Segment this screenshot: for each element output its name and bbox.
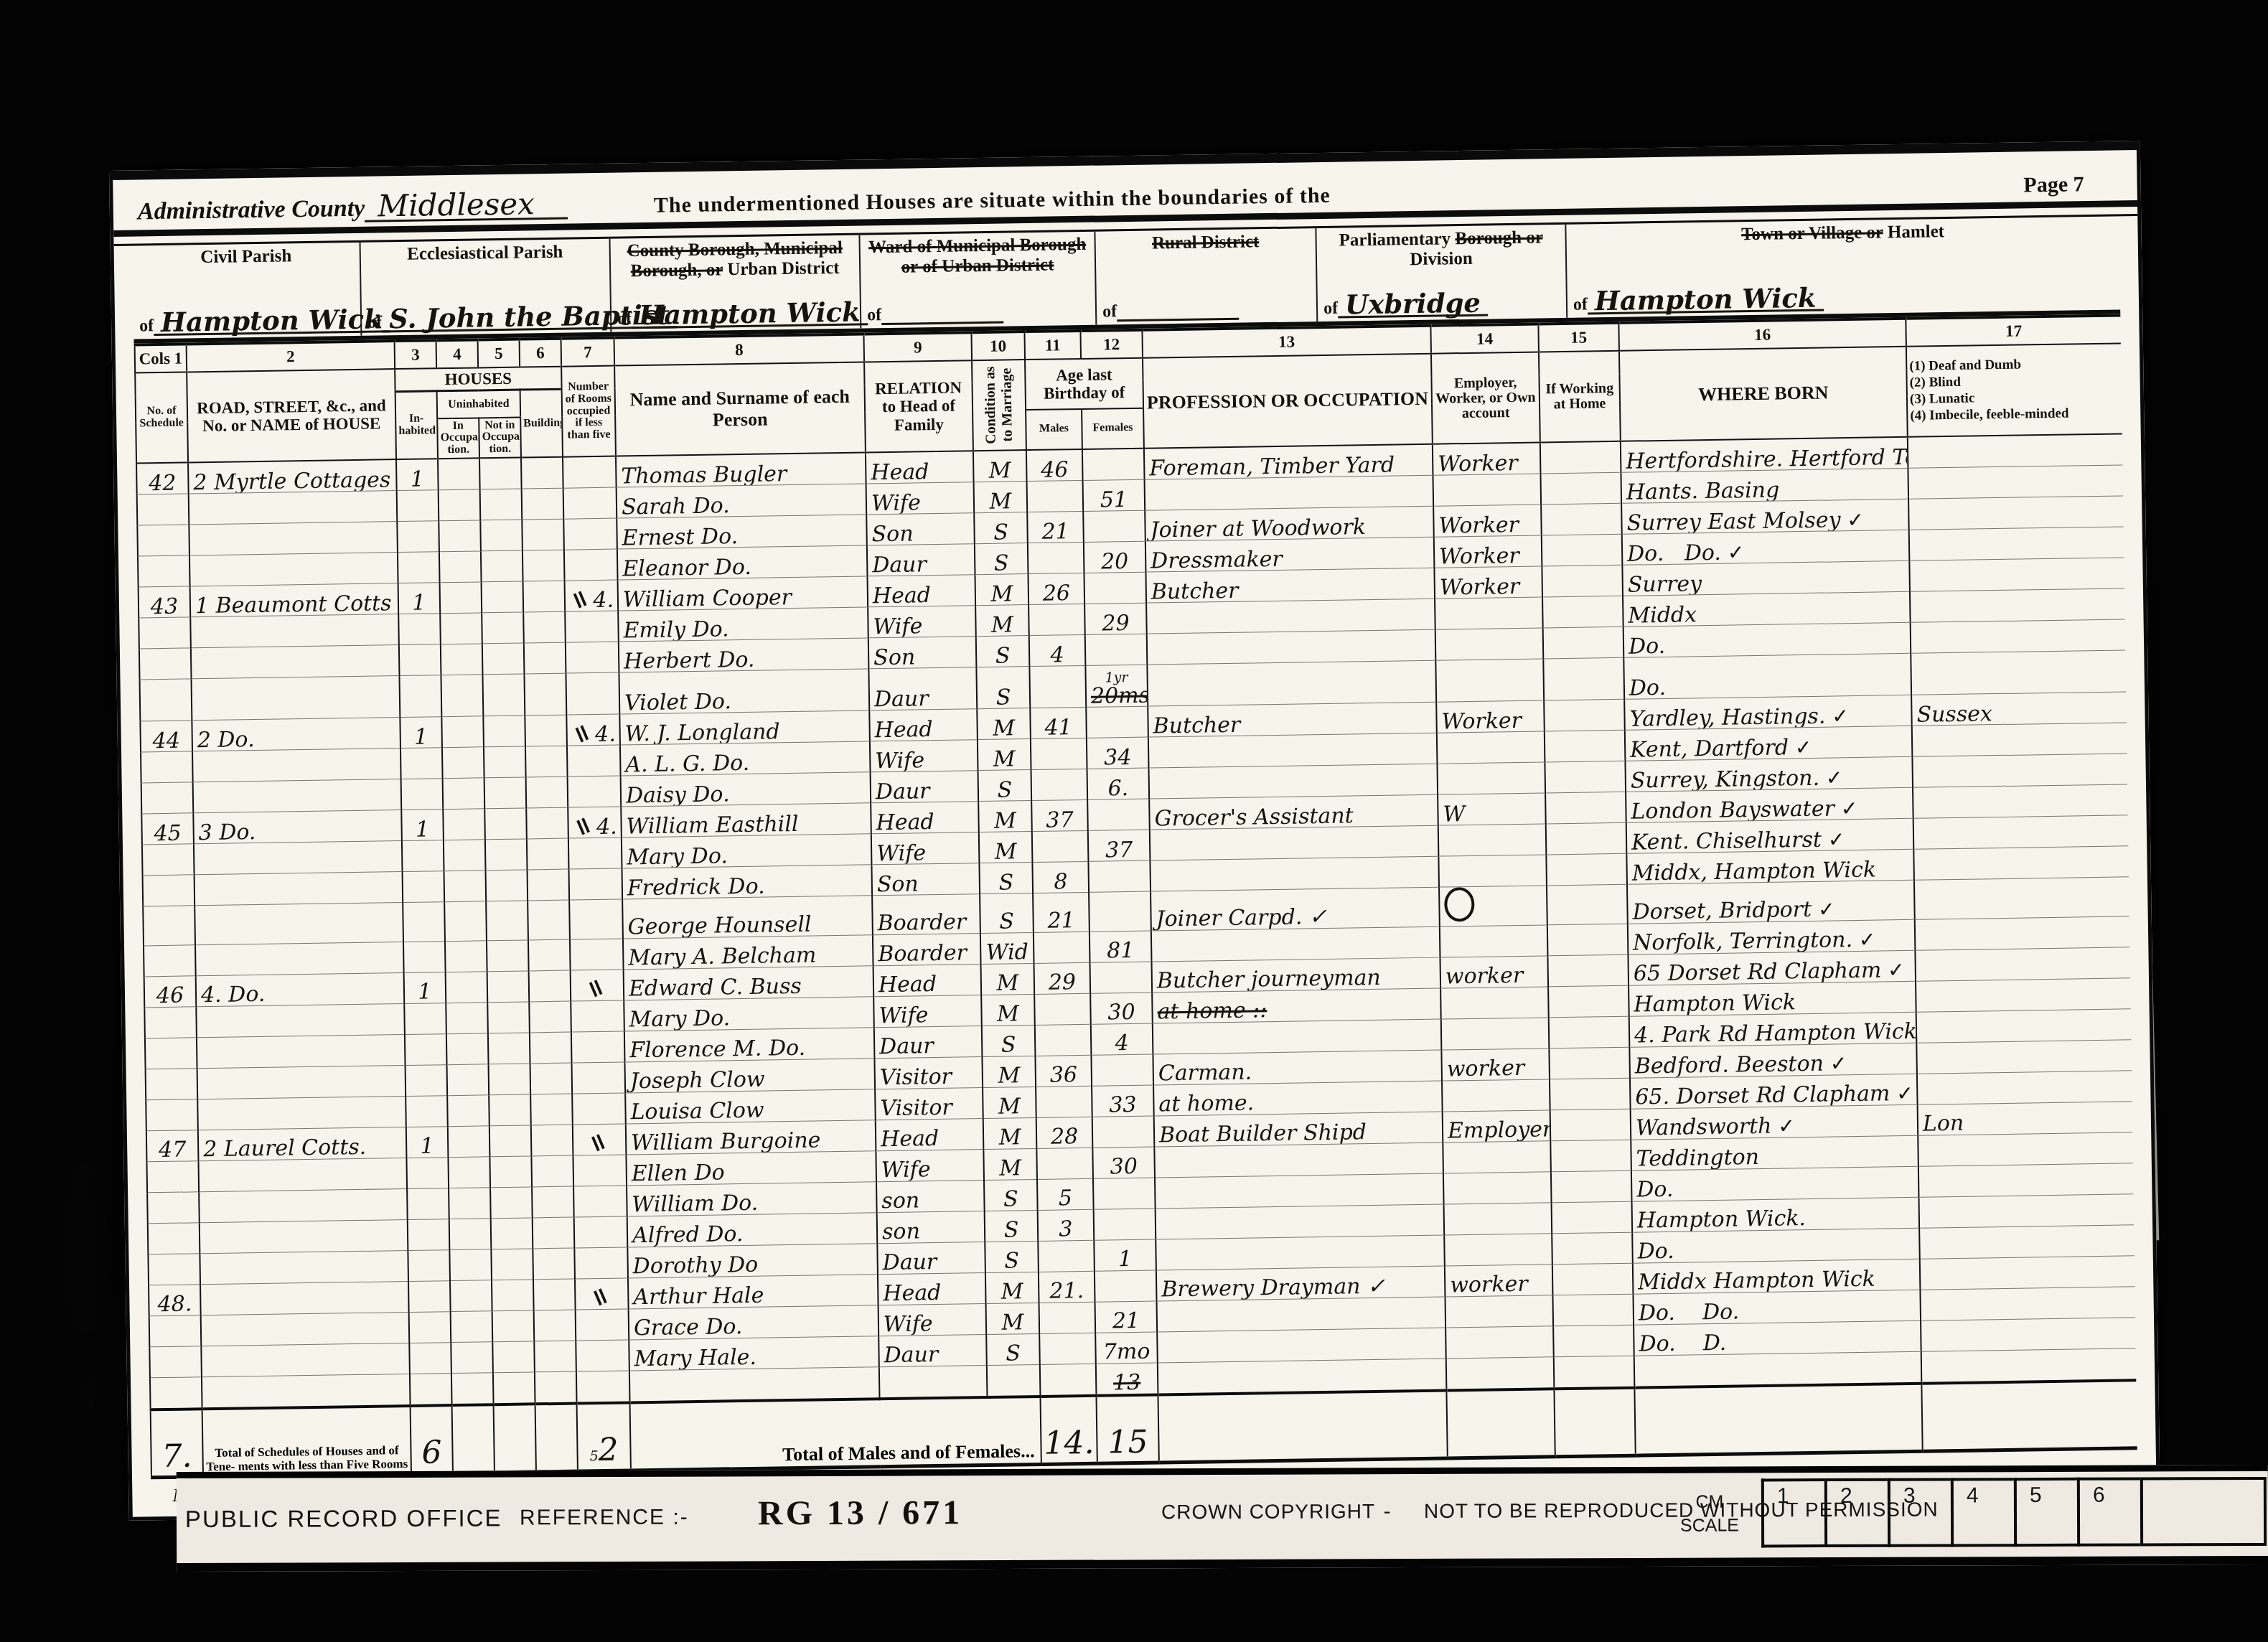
header-in-occupation: In Occupa-tion. [437, 418, 479, 459]
cell-uninhabited-in-occupation [441, 716, 484, 748]
cell-employer: Worker [1433, 505, 1542, 537]
cell-age-male [1032, 830, 1089, 862]
cell-rooms [574, 1216, 628, 1247]
cell-rooms: =4. [566, 714, 620, 746]
cell-relation: Visitor [875, 1087, 983, 1120]
header-males: Males [1026, 409, 1082, 451]
cell-schedule-number [148, 1253, 200, 1285]
cell-uninhabited-not-occupation [491, 1248, 533, 1280]
check-mark: ✓ [1789, 735, 1812, 759]
cell-address [202, 1374, 411, 1409]
cell-schedule-number: 42 [136, 462, 189, 494]
cell-working-at-home [1547, 924, 1629, 956]
cell-employer [1443, 1171, 1552, 1204]
cell-where-born: Bedford. Beeston ✓ [1629, 1043, 1917, 1078]
cell-age-female [1086, 706, 1148, 738]
cell-working-at-home [1547, 954, 1629, 987]
cell-inhabited [404, 1003, 446, 1034]
cell-age-male [1034, 932, 1090, 963]
cell-rooms [569, 868, 623, 900]
cell-where-born: Do. [1623, 653, 1911, 699]
cell-working-at-home [1543, 627, 1624, 659]
cell-name: Eleanor Do. [617, 545, 868, 580]
rural-district-box: Rural District of [1095, 228, 1318, 325]
cell-uninhabited-not-occupation [480, 520, 523, 551]
check-mark: ✓ [1890, 1082, 1913, 1105]
cell-schedule-number [150, 1376, 202, 1409]
cell-address [190, 614, 399, 648]
scanned-census-page: 173 Administrative County Middlesex The … [0, 0, 2268, 1642]
cell-address: 2 Laurel Cotts. [198, 1127, 407, 1160]
cell-occupation [1155, 1173, 1444, 1209]
cell-schedule-number: 48. [149, 1284, 201, 1315]
cell-employer [1433, 474, 1541, 506]
census-table-body: 422 Myrtle Cottages1Thomas BuglerHeadM46… [136, 433, 2136, 1409]
cell-occupation: Butcher journeyman [1152, 957, 1441, 993]
cell-where-born [1634, 1351, 1922, 1387]
cell-employer: Worker [1433, 442, 1541, 475]
check-mark: ✓ [1819, 766, 1843, 789]
cell-infirmity-margin [1908, 465, 2123, 499]
cell-uninhabited-not-occupation [489, 1125, 532, 1156]
cell-relation: Head [866, 451, 974, 484]
cell-uninhabited-in-occupation [443, 778, 485, 810]
cell-where-born: Middx Hampton Wick [1633, 1259, 1921, 1294]
cell-condition: M [977, 708, 1031, 740]
cell-schedule-number [139, 617, 191, 649]
cell-uninhabited-not-occupation [489, 1155, 532, 1187]
cell-condition: S [979, 863, 1033, 894]
pro-office-label: PUBLIC RECORD OFFICE [185, 1505, 502, 1534]
cell-name: Alfred Do. [627, 1212, 878, 1247]
parliamentary-box: Parliamentary Borough or Division of Uxb… [1316, 225, 1568, 322]
cell-rooms: =4. [568, 807, 622, 838]
cell-working-at-home [1545, 792, 1626, 824]
cell-where-born: Dorset, Bridport ✓ [1627, 880, 1915, 923]
cell-relation: Head [867, 575, 975, 607]
cell-building [526, 807, 568, 839]
cell-where-born: Middx, Hampton Wick [1626, 849, 1914, 884]
cell-inhabited: 1 [406, 1126, 449, 1158]
cell-where-born: Do. Do. [1633, 1290, 1921, 1325]
check-mark: ✓ [1840, 507, 1864, 531]
cell-relation: Wife [878, 1303, 987, 1336]
cell-schedule-number [137, 494, 189, 525]
total-males: 14. [1040, 1395, 1097, 1464]
cell-age-female [1085, 634, 1148, 665]
cell-condition: S [976, 667, 1030, 709]
cell-occupation: Brewery Drayman ✓ [1156, 1266, 1445, 1301]
cell-where-born: Surrey [1622, 560, 1910, 596]
scale-box: 6 [2077, 1478, 2140, 1547]
cell-relation: Daur [878, 1334, 987, 1366]
census-document: Administrative County Middlesex The unde… [109, 141, 2160, 1520]
cell-infirmity-margin [1921, 1317, 2136, 1351]
cell-condition: Wid [980, 932, 1034, 964]
cell-age-male [1039, 1333, 1096, 1364]
cell-working-at-home [1546, 853, 1627, 886]
cell-infirmity-margin [1920, 1255, 2135, 1289]
cell-relation: Head [873, 964, 982, 996]
of-label: of [139, 316, 154, 336]
hamlet-box: Town or Village or Hamlet of Hampton Wic… [1566, 216, 2120, 317]
check-mark: ✓ [1822, 827, 1845, 851]
cell-rooms [563, 456, 617, 489]
cell-uninhabited-not-occupation [481, 550, 523, 582]
cell-building [531, 1125, 573, 1156]
cell-relation: Boarder [872, 894, 980, 935]
header-condition: Condition as to Marriage [972, 360, 1026, 451]
cell-relation: Daur [877, 1242, 985, 1274]
cell-building [533, 1217, 575, 1249]
cell-schedule-number [143, 906, 195, 946]
cell-working-at-home [1552, 1232, 1633, 1265]
cell-relation: Daur [874, 1026, 983, 1058]
cell-working-at-home [1546, 822, 1627, 855]
cell-uninhabited-in-occupation [440, 613, 482, 644]
cell-name: Grace Do. [629, 1305, 879, 1339]
cell-inhabited [406, 1064, 448, 1096]
cell-relation: Head [869, 709, 978, 741]
of-label: of [1323, 299, 1338, 319]
cell-building [529, 970, 571, 1002]
cell-inhabited [406, 1157, 449, 1188]
cell-building [528, 869, 570, 901]
cell-infirmity-margin [1911, 650, 2126, 695]
cell-rooms [571, 1031, 625, 1062]
cell-rooms: = [573, 1123, 627, 1155]
cell-inhabited: 1 [396, 459, 439, 490]
cell-uninhabited-not-occupation [490, 1186, 533, 1218]
total-schedules: 7. [151, 1409, 203, 1478]
header-employer: Employer, Worker, or Own account [1431, 352, 1540, 444]
cell-working-at-home [1554, 1356, 1635, 1389]
cell-infirmity-margin [1915, 916, 2130, 949]
total-males-females-label: Total of Males and of Females... [630, 1396, 1041, 1470]
of-label: of [1102, 302, 1117, 322]
cell-age-male: 8 [1032, 861, 1089, 893]
cell-rooms [573, 1185, 627, 1216]
cell-age-male: 21 [1027, 511, 1084, 543]
cell-name: Mary Do. [622, 834, 872, 868]
col-number: 8 [614, 334, 865, 365]
header-profession: PROFESSION OR OCCUPATION [1143, 354, 1433, 449]
hamlet-value: Hampton Wick [1588, 286, 1824, 314]
cell-inhabited [405, 1033, 447, 1065]
cell-relation: Daur [871, 771, 979, 803]
cell-employer: Worker [1434, 535, 1542, 568]
cell-age-male [1038, 1240, 1095, 1272]
cell-uninhabited-in-occupation [447, 1094, 489, 1126]
col-number: 11 [1024, 331, 1081, 360]
check-mark: ✓ [1721, 540, 1745, 564]
cell-age-male: 3 [1038, 1209, 1095, 1241]
cell-uninhabited-not-occupation [487, 1001, 530, 1033]
cell-occupation [1150, 856, 1439, 891]
cell-uninhabited-not-occupation [479, 458, 522, 489]
admin-county-value: Middlesex [365, 190, 568, 222]
cell-age-male [1029, 665, 1086, 708]
cell-employer: Worker [1434, 566, 1542, 599]
cell-name: Herbert Do. [619, 638, 869, 672]
cell-age-male: 4 [1029, 634, 1086, 666]
cell-address [195, 903, 403, 945]
header-road: ROAD, STREET, &c., and No. or NAME of HO… [187, 369, 396, 462]
check-mark: ✓ [1881, 958, 1905, 982]
cell-age-female [1094, 1209, 1156, 1240]
cell-uninhabited-in-occupation [446, 1002, 488, 1033]
cell-address [197, 1065, 406, 1099]
cell-infirmity-margin [1916, 977, 2131, 1011]
cell-age-female: 21 [1095, 1301, 1158, 1333]
cell-condition: S [986, 1333, 1040, 1365]
cell-uninhabited-in-occupation [447, 1064, 489, 1095]
cell-address [197, 1096, 406, 1130]
total-inhabited: 6 [411, 1405, 453, 1473]
cell-uninhabited-in-occupation [440, 582, 482, 614]
cell-occupation [1149, 764, 1438, 799]
header-uninhabited: Uninhabited [437, 390, 521, 418]
cell-uninhabited-not-occupation [487, 970, 530, 1002]
cell-employer [1437, 762, 1545, 794]
cell-occupation: Joiner at Woodwork [1145, 506, 1434, 541]
cell-occupation: Foreman, Timber Yard [1144, 444, 1433, 479]
cell-schedule-number [145, 1037, 197, 1069]
cell-address [189, 522, 398, 555]
col-number: 9 [863, 332, 972, 362]
check-mark: ✓ [1852, 928, 1876, 952]
total-rooms: 52 [577, 1402, 631, 1471]
cell-uninhabited-not-occupation [482, 643, 525, 675]
cell-name: Louisa Clow [625, 1089, 876, 1123]
cell-name [629, 1366, 880, 1402]
cell-rooms [566, 642, 619, 673]
cell-uninhabited-in-occupation [450, 1280, 492, 1311]
cell-address [194, 841, 403, 875]
cell-age-female: 6. [1087, 768, 1150, 799]
cell-working-at-home [1541, 503, 1622, 535]
header-age: Age last Birthday of [1025, 358, 1143, 410]
cell-condition: M [983, 1087, 1036, 1118]
infirmity-line: (4) Imbecile, feeble-minded [1910, 405, 2119, 424]
cell-age-female [1084, 572, 1146, 604]
cell-address: 2 Myrtle Cottages [188, 459, 397, 494]
cell-schedule-number: 45 [141, 813, 194, 845]
cell-schedule-number: 47 [146, 1130, 199, 1161]
cell-age-female: 33 [1092, 1085, 1154, 1117]
cell-age-female [1083, 510, 1145, 542]
cell-employer [1440, 986, 1549, 1018]
cell-building [522, 519, 564, 550]
col-number: 10 [971, 332, 1025, 360]
cell-name: Mary Hale. [629, 1336, 879, 1370]
cell-address: 2 Do. [192, 718, 400, 751]
cell-age-female [1095, 1270, 1157, 1302]
cell-working-at-home [1548, 985, 1629, 1018]
box-label-struck: Rural District [1152, 232, 1260, 253]
cell-uninhabited-in-occupation [441, 675, 483, 717]
cell-age-male [1035, 1024, 1092, 1056]
cell-inhabited [403, 941, 446, 972]
cell-age-female: 30 [1092, 1147, 1155, 1178]
empty-cell [1921, 1380, 2137, 1451]
cell-where-born: Surrey, Kingston. ✓ [1625, 756, 1913, 792]
cell-condition: S [984, 1179, 1038, 1211]
cell-where-born: Do. Do. ✓ [1622, 530, 1910, 565]
cell-relation: Head [876, 1118, 984, 1150]
scale-box [2140, 1477, 2267, 1547]
cell-building [531, 1155, 573, 1187]
cell-name: Ernest Do. [617, 515, 867, 549]
cell-relation: son [876, 1180, 985, 1212]
cell-employer: W [1438, 793, 1546, 825]
cell-address [201, 1343, 410, 1376]
cell-rooms [563, 518, 617, 550]
cell-relation: Wife [866, 482, 975, 515]
scale-box: 3 [1888, 1478, 1951, 1547]
cell-rooms [563, 487, 617, 519]
cell-occupation: Grocer's Assistant [1149, 794, 1438, 830]
header-schedule: No. of Schedule [135, 372, 188, 463]
cell-infirmity-margin [1908, 496, 2124, 530]
header-infirmities: (1) Deaf and Dumb (2) Blind (3) Lunatic … [1906, 343, 2122, 436]
cell-inhabited [399, 675, 441, 718]
cell-uninhabited-not-occupation [485, 839, 528, 871]
cell-age-male [1034, 993, 1091, 1025]
cell-infirmity-margin [1921, 1348, 2137, 1383]
cell-name: Emily Do. [618, 607, 868, 642]
cm-scale-label: CM SCALE [1674, 1490, 1745, 1537]
cell-age-male: 26 [1028, 573, 1084, 604]
header-home: If Working at Home [1539, 351, 1621, 443]
cell-inhabited: 1 [400, 717, 442, 749]
cell-where-born: London Bayswater ✓ [1626, 787, 1913, 822]
cell-inhabited [400, 748, 443, 779]
cell-inhabited [403, 902, 445, 942]
cell-employer [1445, 1326, 1554, 1358]
cell-employer [1439, 886, 1547, 926]
of-label: of [367, 313, 382, 332]
cell-address [191, 645, 400, 679]
cell-building [526, 777, 568, 808]
cell-infirmity-margin [1916, 1039, 2132, 1073]
cell-inhabited: 1 [398, 583, 441, 614]
cell-occupation [1153, 1019, 1442, 1054]
cell-condition: S [974, 512, 1028, 544]
ecclesiastical-parish-box: Ecclesiastical Parish of S. John the Bap… [361, 239, 612, 336]
cell-inhabited: 1 [401, 810, 444, 841]
cell-infirmity-margin [1913, 815, 2129, 849]
cell-building [524, 642, 566, 674]
cell-working-at-home [1550, 1078, 1631, 1110]
cell-building [524, 673, 566, 716]
cell-age-female: 29 [1084, 603, 1147, 634]
cell-working-at-home [1552, 1263, 1634, 1295]
empty-cell [452, 1404, 495, 1473]
cell-name: A. L. G. Do. [620, 741, 871, 776]
cell-condition: M [974, 482, 1028, 513]
cell-occupation [1151, 926, 1440, 962]
cell-address [192, 749, 401, 782]
col-number: 15 [1538, 323, 1619, 352]
cell-infirmity-margin [1913, 784, 2128, 818]
cell-uninhabited-not-occupation [482, 674, 525, 716]
cell-name: Thomas Bugler [616, 452, 866, 487]
header-rooms: Number of Rooms occupied if less than fi… [561, 366, 616, 457]
cell-building [523, 611, 566, 643]
col-number: 17 [1906, 315, 2121, 346]
cell-uninhabited-not-occupation [486, 870, 528, 901]
cell-infirmity-margin [1912, 723, 2127, 756]
cell-schedule-number [148, 1222, 200, 1254]
civil-parish-box: Civil Parish of Hampton Wick [133, 243, 362, 339]
cell-building [533, 1248, 575, 1280]
cell-condition: S [980, 893, 1034, 934]
cell-inhabited [408, 1219, 450, 1250]
cell-building [525, 746, 568, 777]
cell-uninhabited-not-occupation [484, 746, 526, 778]
cell-schedule-number: 44 [140, 721, 192, 752]
col-number: 2 [187, 341, 395, 372]
cell-rooms [569, 899, 623, 939]
cell-rooms [565, 611, 619, 642]
cell-uninhabited-not-occupation [488, 1032, 530, 1064]
cell-relation: Daur [867, 544, 975, 576]
col-number: 12 [1080, 330, 1143, 359]
cell-employer [1438, 824, 1547, 856]
cell-where-born: Surrey East Molsey ✓ [1621, 499, 1909, 534]
cell-condition: S [982, 1025, 1036, 1056]
cell-schedule-number [147, 1191, 200, 1223]
cell-inhabited [401, 779, 444, 810]
cell-address [195, 872, 403, 906]
cell-address [199, 1188, 408, 1222]
cell-age-male: 5 [1037, 1178, 1094, 1210]
cell-building [534, 1310, 576, 1341]
cell-address [192, 676, 400, 721]
cell-rooms [572, 1061, 626, 1093]
cell-working-at-home [1542, 534, 1623, 566]
cell-schedule-number [144, 944, 196, 976]
cell-employer [1444, 1202, 1552, 1234]
header-name: Name and Surname of each Person [614, 362, 866, 456]
blank-line [881, 300, 1003, 326]
cell-occupation: at home. [1153, 1081, 1443, 1116]
cell-condition: M [979, 832, 1033, 863]
cell-uninhabited-not-occupation [483, 716, 525, 747]
cell-where-born: Hertfordshire. Hertford Town. ✓ [1621, 437, 1908, 472]
cell-address: 1 Beaumont Cotts [190, 583, 399, 617]
cell-working-at-home [1549, 1047, 1630, 1079]
cell-building [528, 939, 571, 971]
cell-relation: Head [878, 1272, 986, 1305]
cell-age-male: 29 [1034, 962, 1091, 994]
cell-occupation: Carman. [1153, 1050, 1442, 1085]
cell-building [523, 581, 566, 612]
page-number: Page 7 [2023, 172, 2084, 197]
cell-address: 4. Do. [196, 972, 405, 1006]
cell-schedule-number [146, 1068, 198, 1099]
check-mark: ✓ [1825, 704, 1849, 728]
cell-age-male: 46 [1026, 449, 1083, 482]
cell-rooms [570, 938, 624, 970]
cell-where-born: 65 Dorset Rd Clapham ✓ [1628, 950, 1916, 985]
cell-building [527, 838, 569, 870]
cell-address [196, 1003, 405, 1037]
cell-inhabited [409, 1311, 451, 1343]
tally-mark: = [586, 1283, 615, 1310]
cell-inhabited [399, 644, 441, 676]
